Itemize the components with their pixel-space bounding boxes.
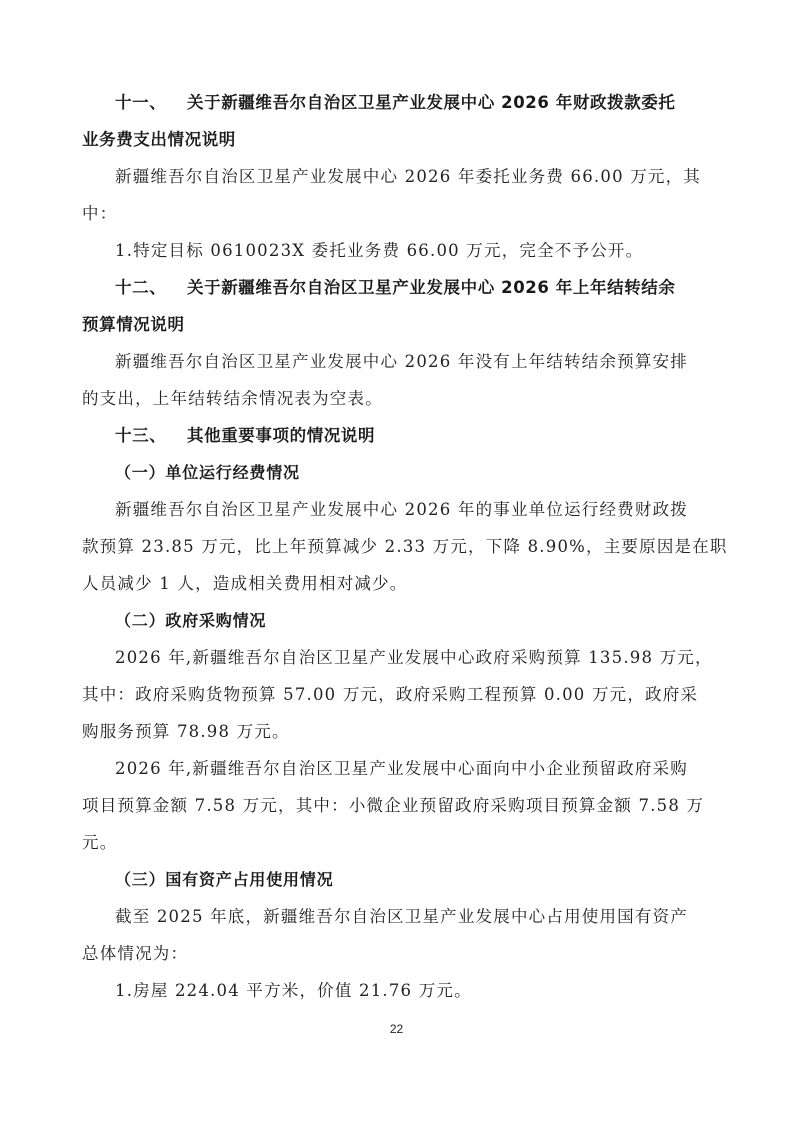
subsection-2-heading: （二）政府采购情况 (82, 602, 712, 639)
section-12-heading: 十二、关于新疆维吾尔自治区卫星产业发展中心 2026 年上年结转结余 (82, 269, 712, 306)
subsection-3-heading: （三）国有资产占用使用情况 (82, 861, 712, 898)
paragraph-cont: 中： (82, 195, 712, 232)
section-number: 十二、 (115, 269, 187, 306)
list-item: 1.特定目标 0610023X 委托业务费 66.00 万元，完全不予公开。 (82, 232, 712, 269)
document-page: 十一、关于新疆维吾尔自治区卫星产业发展中心 2026 年财政拨款委托 业务费支出… (82, 84, 712, 1009)
subsection-1-heading: （一）单位运行经费情况 (82, 454, 712, 491)
section-title: 关于新疆维吾尔自治区卫星产业发展中心 2026 年财政拨款委托 (187, 93, 676, 112)
paragraph: 2026 年,新疆维吾尔自治区卫星产业发展中心政府采购预算 135.98 万元， (82, 639, 712, 676)
section-title: 其他重要事项的情况说明 (187, 426, 375, 445)
paragraph-cont: 款预算 23.85 万元，比上年预算减少 2.33 万元，下降 8.90%，主要… (82, 528, 712, 565)
section-11-heading-cont: 业务费支出情况说明 (82, 121, 712, 158)
paragraph-cont: 购服务预算 78.98 万元。 (82, 713, 712, 750)
paragraph: 新疆维吾尔自治区卫星产业发展中心 2026 年没有上年结转结余预算安排 (82, 343, 712, 380)
paragraph-cont: 总体情况为： (82, 935, 712, 972)
section-13-heading: 十三、其他重要事项的情况说明 (82, 417, 712, 454)
paragraph: 新疆维吾尔自治区卫星产业发展中心 2026 年的事业单位运行经费财政拨 (82, 491, 712, 528)
section-number: 十一、 (115, 84, 187, 121)
page-number: 22 (0, 1022, 793, 1036)
paragraph-cont: 的支出，上年结转结余情况表为空表。 (82, 380, 712, 417)
paragraph: 新疆维吾尔自治区卫星产业发展中心 2026 年委托业务费 66.00 万元，其 (82, 158, 712, 195)
section-title: 关于新疆维吾尔自治区卫星产业发展中心 2026 年上年结转结余 (187, 278, 676, 297)
paragraph: 2026 年,新疆维吾尔自治区卫星产业发展中心面向中小企业预留政府采购 (82, 750, 712, 787)
paragraph-cont: 元。 (82, 824, 712, 861)
paragraph-cont: 人员减少 1 人，造成相关费用相对减少。 (82, 565, 712, 602)
paragraph: 截至 2025 年底，新疆维吾尔自治区卫星产业发展中心占用使用国有资产 (82, 898, 712, 935)
paragraph-cont: 项目预算金额 7.58 万元，其中：小微企业预留政府采购项目预算金额 7.58 … (82, 787, 712, 824)
section-12-heading-cont: 预算情况说明 (82, 306, 712, 343)
list-item: 1.房屋 224.04 平方米，价值 21.76 万元。 (82, 972, 712, 1009)
paragraph-cont: 其中：政府采购货物预算 57.00 万元，政府采购工程预算 0.00 万元，政府… (82, 676, 712, 713)
section-11-heading: 十一、关于新疆维吾尔自治区卫星产业发展中心 2026 年财政拨款委托 (82, 84, 712, 121)
section-number: 十三、 (115, 417, 187, 454)
